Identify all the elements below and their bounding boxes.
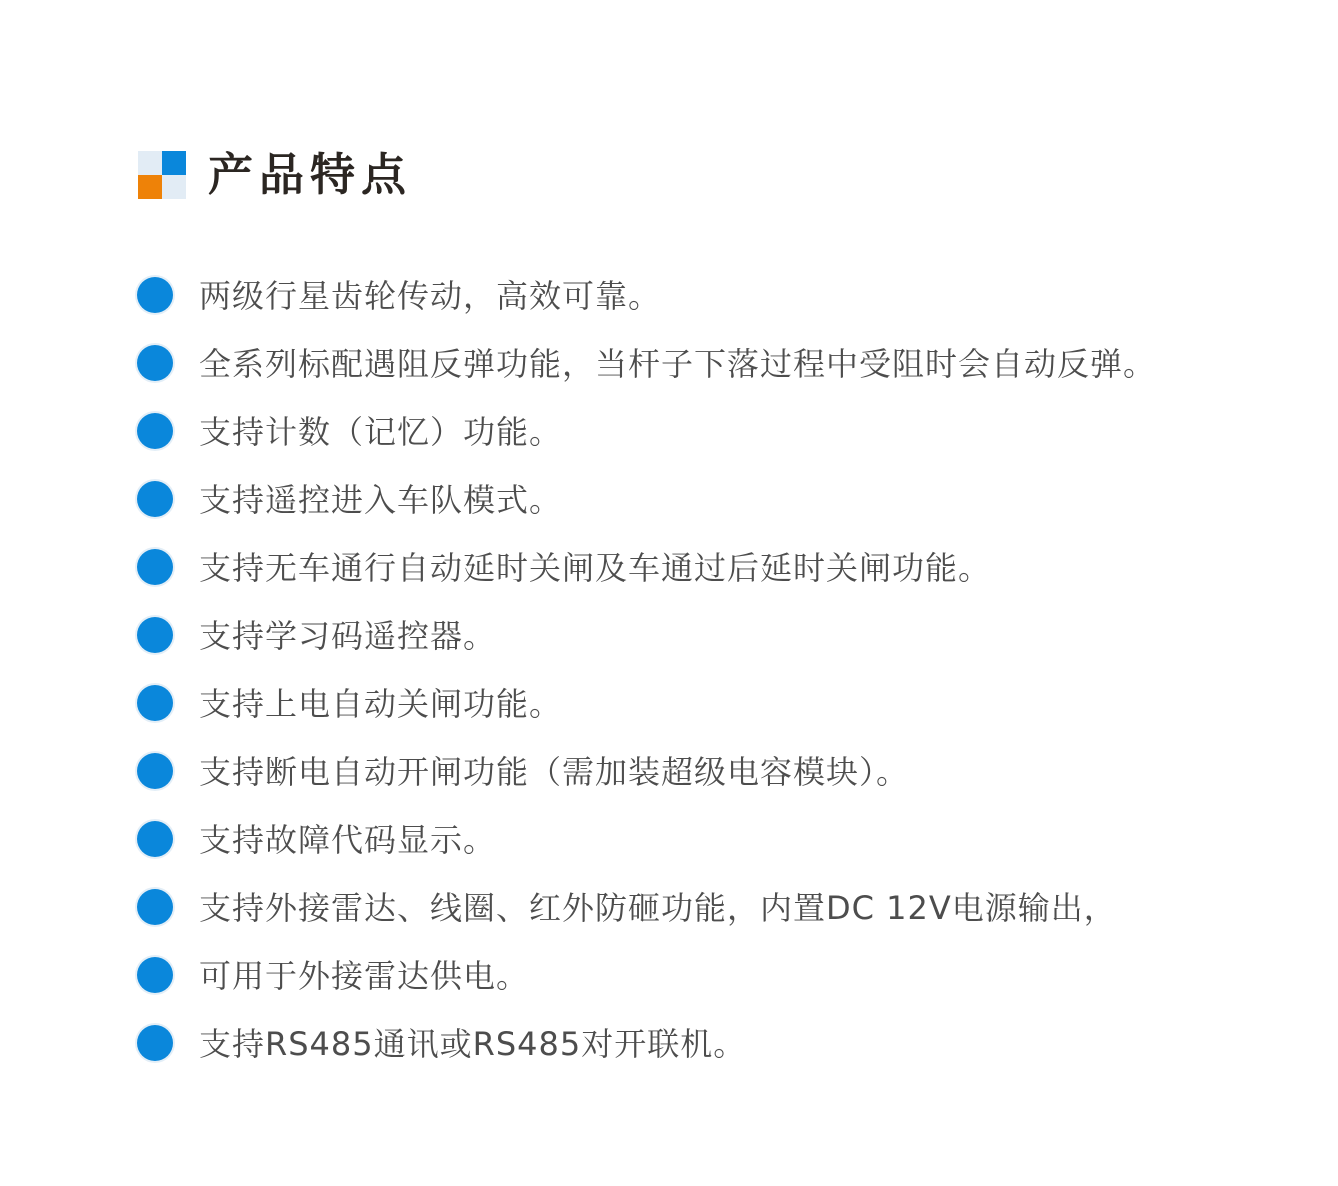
feature-item: 支持计数（记忆）功能。 <box>137 398 1247 466</box>
feature-item: 支持断电自动开闸功能（需加装超级电容模块）。 <box>137 738 1247 806</box>
feature-item: 支持RS485通讯或RS485对开联机。 <box>137 1010 1247 1078</box>
section-logo-icon <box>138 151 186 199</box>
feature-item: 全系列标配遇阻反弹功能，当杆子下落过程中受阻时会自动反弹。 <box>137 330 1247 398</box>
bullet-dot-icon <box>137 685 173 721</box>
bullet-dot-icon <box>137 549 173 585</box>
feature-text: 支持断电自动开闸功能（需加装超级电容模块）。 <box>199 753 909 791</box>
bullet-dot-icon <box>137 481 173 517</box>
feature-item: 可用于外接雷达供电。 <box>137 942 1247 1010</box>
feature-text: 支持RS485通讯或RS485对开联机。 <box>199 1025 746 1063</box>
feature-item: 支持上电自动关闸功能。 <box>137 670 1247 738</box>
feature-text: 全系列标配遇阻反弹功能，当杆子下落过程中受阻时会自动反弹。 <box>199 345 1156 383</box>
section-header: 产品特点 <box>138 151 412 199</box>
bullet-dot-icon <box>137 1025 173 1061</box>
bullet-dot-icon <box>137 277 173 313</box>
bullet-dot-icon <box>137 617 173 653</box>
bullet-dot-icon <box>137 345 173 381</box>
feature-text: 支持外接雷达、线圈、红外防砸功能，内置DC 12V电源输出， <box>199 889 1117 927</box>
feature-item: 支持故障代码显示。 <box>137 806 1247 874</box>
logo-square-top-left <box>138 151 162 175</box>
bullet-dot-icon <box>137 753 173 789</box>
feature-item: 两级行星齿轮传动，高效可靠。 <box>137 262 1247 330</box>
feature-item: 支持学习码遥控器。 <box>137 602 1247 670</box>
feature-list: 两级行星齿轮传动，高效可靠。 全系列标配遇阻反弹功能，当杆子下落过程中受阻时会自… <box>137 262 1247 1078</box>
feature-text: 支持故障代码显示。 <box>199 821 496 859</box>
feature-item: 支持无车通行自动延时关闸及车通过后延时关闸功能。 <box>137 534 1247 602</box>
logo-square-top-right <box>162 151 186 175</box>
feature-item: 支持外接雷达、线圈、红外防砸功能，内置DC 12V电源输出， <box>137 874 1247 942</box>
feature-text: 支持学习码遥控器。 <box>199 617 496 655</box>
feature-text: 支持计数（记忆）功能。 <box>199 413 562 451</box>
bullet-dot-icon <box>137 957 173 993</box>
feature-text: 支持遥控进入车队模式。 <box>199 481 562 519</box>
logo-square-bottom-left <box>138 175 162 199</box>
bullet-dot-icon <box>137 889 173 925</box>
feature-item: 支持遥控进入车队模式。 <box>137 466 1247 534</box>
bullet-dot-icon <box>137 821 173 857</box>
feature-text: 支持上电自动关闸功能。 <box>199 685 562 723</box>
feature-text: 支持无车通行自动延时关闸及车通过后延时关闸功能。 <box>199 549 991 587</box>
feature-text: 可用于外接雷达供电。 <box>199 957 529 995</box>
logo-square-bottom-right <box>162 175 186 199</box>
section-title: 产品特点 <box>208 151 412 199</box>
feature-text: 两级行星齿轮传动，高效可靠。 <box>199 277 661 315</box>
bullet-dot-icon <box>137 413 173 449</box>
